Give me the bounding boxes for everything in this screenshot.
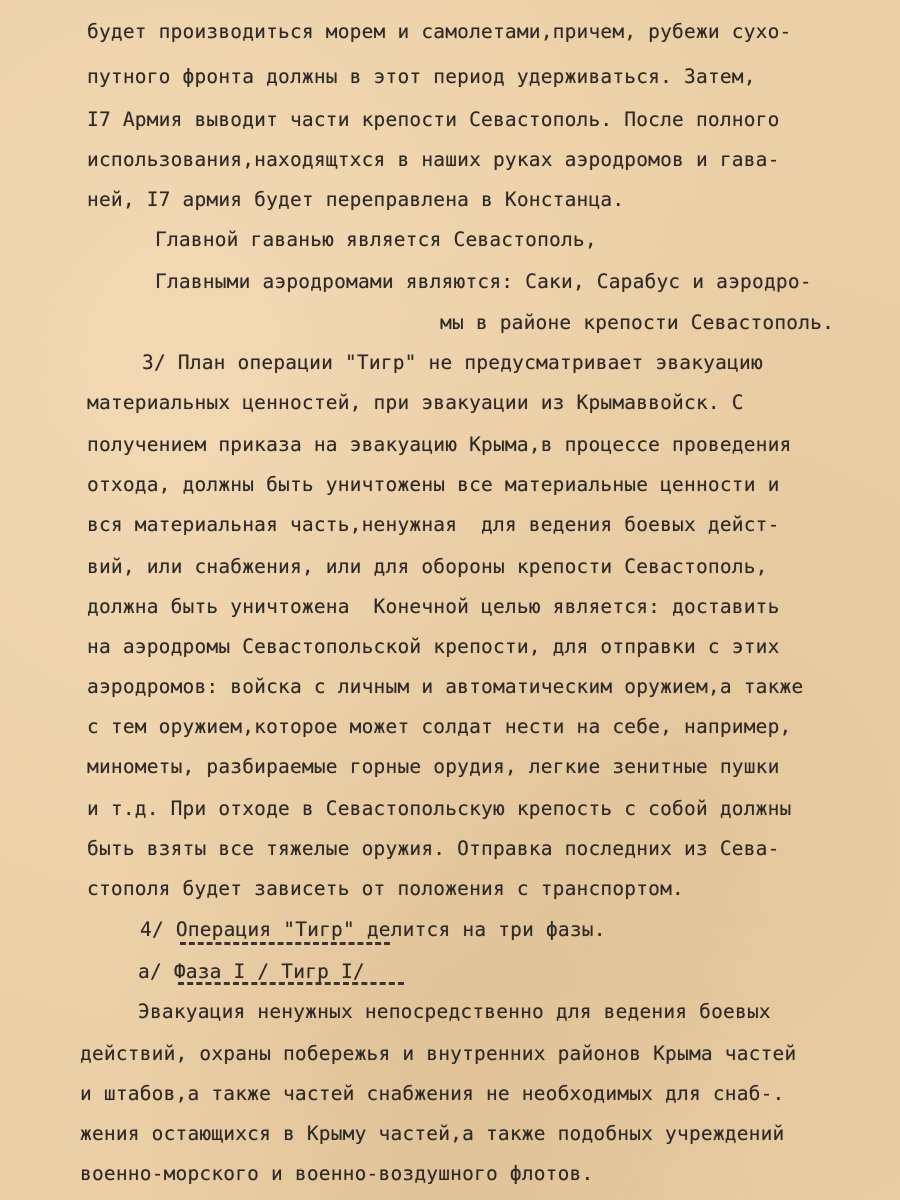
text-line: аэродромов: войска с личным и автоматиче… bbox=[87, 677, 803, 697]
text-line: вий, или снабжения, или для обороны креп… bbox=[87, 557, 768, 577]
text-line: и штабов,а также частей снабжения не нео… bbox=[80, 1084, 784, 1104]
text-line: действий, охраны побережья и внутренних … bbox=[80, 1044, 796, 1064]
dashed-underline bbox=[180, 942, 390, 945]
text-line: мы в районе крепости Севастополь. bbox=[440, 313, 834, 333]
text-line: путного фронта должны в этот период удер… bbox=[87, 67, 756, 87]
text-line: военно-морского и военно-воздушного флот… bbox=[80, 1164, 593, 1184]
text-line: минометы, разбираемые горные орудия, лег… bbox=[87, 757, 780, 777]
section-4-heading-line: 4/ Операция "Тигр" делится на три фазы. bbox=[140, 920, 606, 940]
text-line: жения остающихся в Крыму частей,а также … bbox=[80, 1124, 784, 1144]
text-line: I7 Армия выводит части крепости Севастоп… bbox=[87, 110, 780, 130]
text-line: Главной гаванью является Севастополь, bbox=[155, 230, 597, 250]
text-line: и т.д. При отходе в Севастопольскую креп… bbox=[87, 799, 791, 819]
text-line: ней, I7 армия будет переправлена в Конст… bbox=[87, 190, 624, 210]
text-line: Главными аэродромами являются: Саки, Сар… bbox=[155, 272, 812, 292]
document-page: будет производиться морем и самолетами,п… bbox=[0, 0, 900, 1200]
text-line: получением приказа на эвакуацию Крыма,в … bbox=[87, 435, 791, 455]
phase-1-heading-line: а/ Фаза I / Тигр I/ bbox=[138, 962, 365, 982]
text-line: должна быть уничтожена Конечной целью яв… bbox=[87, 597, 780, 617]
text-line: отхода, должны быть уничтожены все матер… bbox=[87, 475, 780, 495]
dashed-underline bbox=[178, 982, 404, 985]
text-line: материальных ценностей, при эвакуации из… bbox=[87, 393, 744, 413]
text-line: Эвакуация ненужных непосредственно для в… bbox=[138, 1002, 771, 1022]
text-line: с тем оружием,которое может солдат нести… bbox=[87, 717, 791, 737]
text-line: стополя будет зависеть от положения с тр… bbox=[87, 879, 684, 899]
text-line: на аэродромы Севастопольской крепости, д… bbox=[87, 637, 780, 657]
text-line: вся материальная часть,ненужная для веде… bbox=[87, 515, 780, 535]
text-line: быть взяты все тяжелые оружия. Отправка … bbox=[87, 839, 780, 859]
text-line: использования,находящтхся в наших руках … bbox=[87, 150, 780, 170]
section-3-heading-line: 3/ План операции "Тигр" не предусматрива… bbox=[142, 353, 763, 373]
text-line: будет производиться морем и самолетами,п… bbox=[87, 22, 791, 42]
